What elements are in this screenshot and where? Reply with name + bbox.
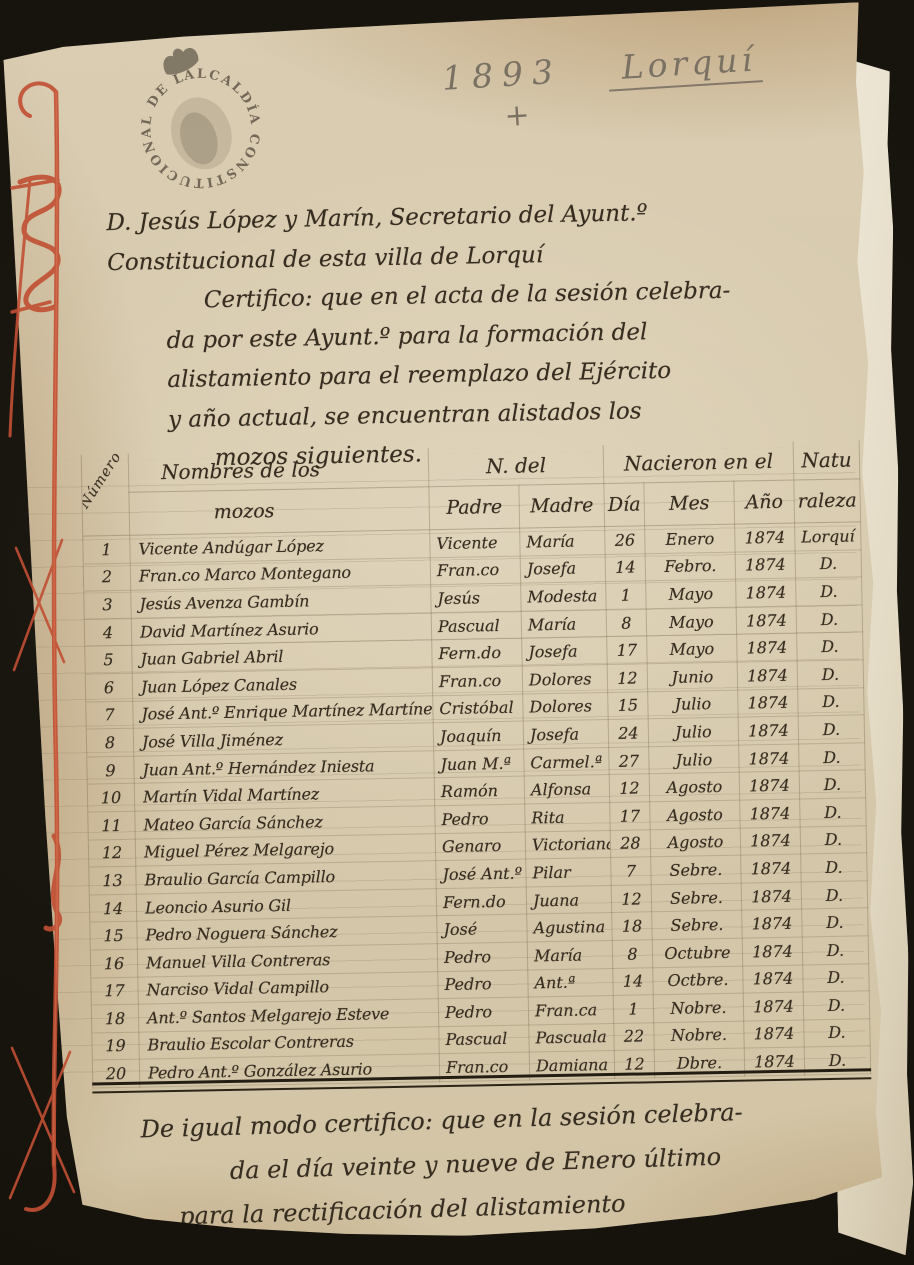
cell-dia: 27 xyxy=(609,747,649,775)
header-nombre-del: N. del xyxy=(428,445,604,487)
cell-padre: Jesús xyxy=(431,583,521,612)
cell-naturaleza: D. xyxy=(797,660,863,689)
cell-madre: Agustina xyxy=(527,913,613,942)
cell-naturaleza: Lorquí xyxy=(795,522,861,551)
cell-numero: 7 xyxy=(86,701,133,729)
roster-table-wrap: Número Nombres de los N. del Nacieron en… xyxy=(81,440,872,1088)
cell-ano: 1874 xyxy=(743,992,804,1021)
cell-numero: 15 xyxy=(90,921,137,949)
cell-padre: José xyxy=(437,914,527,943)
cell-madre: Josefa xyxy=(523,720,609,749)
cell-ano: 1874 xyxy=(742,937,803,966)
cell-mes: Nobre. xyxy=(654,1021,744,1050)
cell-madre: Carmel.ª xyxy=(524,747,610,776)
cell-dia: 12 xyxy=(607,664,647,692)
cell-naturaleza: D. xyxy=(800,825,866,854)
cell-dia: 12 xyxy=(611,884,651,912)
scanned-document-photo: ALCALDÍA CONSTITUCIONAL DE LORQUÍ · 1893… xyxy=(0,0,914,1265)
cell-naturaleza: D. xyxy=(797,632,863,661)
cell-padre: Pedro xyxy=(438,970,528,999)
cell-ano: 1874 xyxy=(737,661,798,690)
cell-ano: 1874 xyxy=(736,578,797,607)
cell-padre: Pascual xyxy=(431,611,521,640)
cell-dia: 18 xyxy=(612,912,652,940)
cell-madre: Ant.ª xyxy=(528,968,614,997)
cell-ano: 1874 xyxy=(741,854,802,883)
header-madre: Madre xyxy=(519,484,605,529)
cell-numero: 4 xyxy=(84,618,131,646)
cell-numero: 9 xyxy=(87,756,134,784)
cell-ano: 1874 xyxy=(739,744,800,773)
cell-padre: Joaquín xyxy=(433,721,523,750)
cell-naturaleza: D. xyxy=(796,577,862,606)
cell-padre: Pedro xyxy=(438,997,528,1026)
header-naturaleza-bottom: raleza xyxy=(794,479,861,523)
cell-madre: Pilar xyxy=(526,858,612,887)
cell-ano: 1874 xyxy=(740,827,801,856)
cell-numero: 13 xyxy=(89,866,136,894)
cell-numero: 6 xyxy=(85,673,132,701)
cell-numero: 18 xyxy=(91,1004,138,1032)
cell-dia: 26 xyxy=(605,526,645,554)
cell-naturaleza: D. xyxy=(799,770,865,799)
cell-padre: Juan M.ª xyxy=(434,749,524,778)
cell-mes: Julio xyxy=(648,717,738,746)
cell-mes: Febro. xyxy=(645,552,735,581)
cell-madre: María xyxy=(521,609,607,638)
cell-mes: Julio xyxy=(648,690,738,719)
cell-madre: Modesta xyxy=(521,582,607,611)
pencil-archive-note: 1893Lorquí + xyxy=(441,39,763,98)
cell-numero: 3 xyxy=(84,590,131,618)
cell-numero: 2 xyxy=(83,563,130,591)
cell-dia: 8 xyxy=(612,940,652,968)
cell-numero: 5 xyxy=(85,646,132,674)
cell-naturaleza: D. xyxy=(798,687,864,716)
cell-padre: José Ant.º xyxy=(436,859,526,888)
cell-madre: Victoriana xyxy=(525,830,611,859)
cell-padre: Genaro xyxy=(435,832,525,861)
cell-numero: 17 xyxy=(91,977,138,1005)
header-ano: Año xyxy=(734,480,795,524)
header-padre: Padre xyxy=(429,485,520,530)
cell-mes: Octbre. xyxy=(653,966,743,995)
cell-numero: 14 xyxy=(89,894,136,922)
cell-padre: Pascual xyxy=(439,1025,529,1054)
header-numero-label: Número xyxy=(81,454,125,512)
cell-naturaleza: D. xyxy=(796,605,862,634)
cell-dia: 12 xyxy=(609,774,649,802)
cell-padre: Fern.do xyxy=(432,638,522,667)
header-dia: Día xyxy=(604,483,645,527)
cell-dia: 17 xyxy=(610,802,650,830)
cell-ano: 1874 xyxy=(735,523,796,552)
cell-madre: Dolores xyxy=(522,664,608,693)
cell-padre: Pedro xyxy=(437,942,527,971)
cell-ano: 1874 xyxy=(741,882,802,911)
cell-dia: 14 xyxy=(605,553,645,581)
cell-numero: 10 xyxy=(87,784,134,812)
cell-mes: Agosto xyxy=(650,828,740,857)
cell-naturaleza: D. xyxy=(799,743,865,772)
cell-padre: Cristóbal xyxy=(433,694,523,723)
header-numero: Número xyxy=(81,454,129,536)
cell-padre: Pedro xyxy=(435,804,525,833)
cell-madre: Rita xyxy=(525,802,611,831)
cell-naturaleza: D. xyxy=(804,1018,870,1047)
cell-ano: 1874 xyxy=(737,633,798,662)
header-nacieron: Nacieron en el xyxy=(603,442,794,484)
addendum-paragraph: De igual modo certifico: que en la sesió… xyxy=(140,1087,864,1240)
cell-naturaleza: D. xyxy=(801,853,867,882)
cell-naturaleza: D. xyxy=(800,798,866,827)
cell-mes: Mayo xyxy=(646,579,736,608)
cell-ano: 1874 xyxy=(735,551,796,580)
cell-ano: 1874 xyxy=(742,909,803,938)
cell-ano: 1874 xyxy=(744,1020,805,1049)
header-naturaleza-top: Natu xyxy=(793,440,860,480)
cell-mes: Sebre. xyxy=(651,855,741,884)
pencil-town: Lorquí xyxy=(607,39,764,91)
cell-padre: Fern.do xyxy=(436,887,526,916)
cell-madre: Dolores xyxy=(523,692,609,721)
cell-dia: 28 xyxy=(610,829,650,857)
cell-mes: Agosto xyxy=(650,800,740,829)
cell-mes: Sebre. xyxy=(652,910,742,939)
cell-dia: 15 xyxy=(608,691,648,719)
cell-dia: 1 xyxy=(606,581,646,609)
cell-dia: 17 xyxy=(607,636,647,664)
cell-mes: Enero xyxy=(645,524,735,553)
cell-ano: 1874 xyxy=(743,964,804,993)
pencil-cross-mark: + xyxy=(503,98,530,134)
cell-numero: 19 xyxy=(92,1032,139,1060)
cell-ano: 1874 xyxy=(736,606,797,635)
cell-naturaleza: D. xyxy=(802,908,868,937)
cell-naturaleza: D. xyxy=(803,963,869,992)
cell-dia: 8 xyxy=(606,609,646,637)
cell-ano: 1874 xyxy=(738,716,799,745)
header-mes: Mes xyxy=(644,481,735,526)
cell-numero: 16 xyxy=(90,949,137,977)
cell-madre: Alfonsa xyxy=(524,775,610,804)
cell-madre: Pascuala xyxy=(529,1023,615,1052)
cell-mes: Octubre xyxy=(652,938,742,967)
cell-mes: Mayo xyxy=(646,607,736,636)
cell-padre: Fran.co xyxy=(430,556,520,585)
cell-madre: Josefa xyxy=(520,554,606,583)
cell-madre: María xyxy=(520,527,606,556)
cell-mes: Julio xyxy=(649,745,739,774)
cell-ano: 1874 xyxy=(740,799,801,828)
cell-numero: 8 xyxy=(86,728,133,756)
roster-table: Número Nombres de los N. del Nacieron en… xyxy=(81,440,872,1088)
cell-madre: María xyxy=(527,940,613,969)
cell-naturaleza: D. xyxy=(795,549,861,578)
cell-mes: Junio xyxy=(647,662,737,691)
header-mozos: mozos xyxy=(129,487,430,535)
cell-naturaleza: D. xyxy=(802,936,868,965)
cell-mes: Mayo xyxy=(647,635,737,664)
cell-dia: 14 xyxy=(613,967,653,995)
cell-ano: 1874 xyxy=(739,771,800,800)
cell-padre: Fran.co xyxy=(432,666,522,695)
pencil-year: 1893 xyxy=(441,52,563,98)
cell-dia: 22 xyxy=(614,1022,654,1050)
cell-madre: Juana xyxy=(526,885,612,914)
cell-mes: Sebre. xyxy=(651,883,741,912)
cell-mes: Nobre. xyxy=(653,993,743,1022)
cell-naturaleza: D. xyxy=(798,715,864,744)
cell-madre: Josefa xyxy=(522,637,608,666)
cell-padre: Ramón xyxy=(434,776,524,805)
ledger-page: ALCALDÍA CONSTITUCIONAL DE LORQUÍ · 1893… xyxy=(3,2,886,1258)
header-nombres: Nombres de los xyxy=(128,448,429,492)
cell-naturaleza: D. xyxy=(803,991,869,1020)
cell-dia: 24 xyxy=(608,719,648,747)
cell-naturaleza: D. xyxy=(801,881,867,910)
cell-ano: 1874 xyxy=(738,689,799,718)
cell-mes: Agosto xyxy=(649,772,739,801)
roster-body: 1 Vicente Andúgar López Vicente María 26… xyxy=(83,522,871,1088)
cell-madre: Fran.ca xyxy=(528,996,614,1025)
cell-dia: 1 xyxy=(613,995,653,1023)
cell-numero: 1 xyxy=(83,535,130,563)
cell-dia: 7 xyxy=(611,857,651,885)
cell-numero: 12 xyxy=(88,839,135,867)
cell-numero: 11 xyxy=(88,811,135,839)
certificate-paragraph: D. Jesús López y Marín, Secretario del A… xyxy=(106,191,841,481)
cell-padre: Vicente xyxy=(430,528,520,557)
